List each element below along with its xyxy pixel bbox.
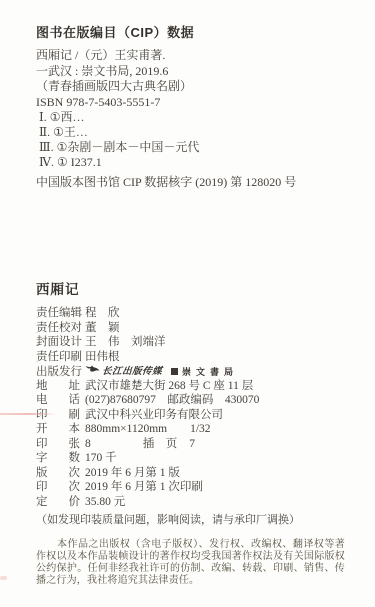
publisher-logo: 长江出版传媒 崇文書局 — [85, 364, 238, 380]
classification-line: Ⅳ. ① I237.1 — [39, 155, 345, 170]
staff-row: 责任编辑 程 欣 — [36, 306, 345, 321]
changjiang-group-logotype: 长江出版传媒 — [101, 365, 163, 380]
row-label: 电 话 — [36, 393, 80, 408]
row-value: 8 — [85, 437, 91, 452]
chongwen-seal-icon — [171, 368, 178, 375]
page-content: 图书在版编目（CIP）数据 西厢记 /（元）王实甫著. 一武汉 : 崇文书局, … — [36, 26, 345, 587]
chongwen-imprint-logotype: 崇文書局 — [182, 365, 238, 380]
cip-line: 一武汉 : 崇文书局, 2019.6 — [36, 64, 345, 80]
cip-classification-block: Ⅰ. ①西… Ⅱ. ①王… Ⅲ. ①杂剧－剧本－中国－元代 Ⅳ. ① I237.… — [36, 110, 345, 170]
row-value: 武汉中科兴业印务有限公司 — [85, 408, 223, 423]
row-value: 王 伟 刘端洋 — [85, 335, 166, 350]
detail-row: 定 价 35.80 元 — [36, 495, 345, 510]
quality-note: （如发现印装质量问题，影响阅读，请与承印厂调换） — [36, 514, 345, 526]
cip-line: 西厢记 /（元）王实甫著. — [36, 48, 345, 64]
cip-record-number: 中国版本图书馆 CIP 数据核字 (2019) 第 128020 号 — [36, 174, 345, 190]
row-label: 定 价 — [36, 495, 80, 510]
cip-page: 图书在版编目（CIP）数据 西厢记 /（元）王实甫著. 一武汉 : 崇文书局, … — [0, 0, 375, 607]
row-label: 字 数 — [36, 451, 80, 466]
detail-row: 印 次 2019 年 6 月第 1 次印刷 — [36, 480, 345, 495]
classification-line: Ⅱ. ①王… — [39, 125, 345, 140]
row-label: 责任校对 — [36, 321, 80, 336]
row-value: 武汉市雄楚大街 268 号 C 座 11 层 — [85, 379, 253, 394]
insert-pages-label: 插 页 — [143, 437, 178, 452]
publisher-row: 出版发行 长江出版传媒 崇文書局 — [36, 364, 345, 379]
detail-row: 电 话 (027)87680797 邮政编码 430070 — [36, 393, 345, 408]
row-value: 35.80 元 — [85, 495, 125, 510]
row-label: 印 张 — [36, 437, 80, 452]
staff-row: 责任印刷 田伟根 — [36, 350, 345, 365]
cip-line-isbn: ISBN 978-7-5403-5551-7 — [36, 95, 345, 111]
row-value: 田伟根 — [85, 350, 120, 365]
row-value: (027)87680797 邮政编码 430070 — [85, 393, 259, 408]
detail-row: 地 址 武汉市雄楚大街 268 号 C 座 11 层 — [36, 379, 345, 394]
row-value: 880mm×1120mm 1/32 — [85, 422, 211, 437]
sheets-row: 印 张 8 插 页 7 — [36, 437, 345, 452]
row-label: 责任印刷 — [36, 350, 80, 365]
copyright-notice: 本作品之出版权（含电子版权）、发行权、改编权、翻译权等著作权以及本作品装帧设计的… — [36, 539, 345, 587]
colophon-rows: 责任编辑 程 欣 责任校对 董 颖 封面设计 王 伟 刘端洋 责任印刷 田伟根 … — [36, 306, 345, 509]
cip-description-block: 西厢记 /（元）王实甫著. 一武汉 : 崇文书局, 2019.6 （青春插画版四… — [36, 48, 345, 110]
row-value: 董 颖 — [85, 321, 120, 336]
detail-row: 印 刷 武汉中科兴业印务有限公司 — [36, 408, 345, 423]
row-value: 2019 年 6 月第 1 版 — [85, 466, 180, 481]
detail-row: 版 次 2019 年 6 月第 1 版 — [36, 466, 345, 481]
row-label: 印 刷 — [36, 408, 80, 423]
cip-line: （青春插画版四大古典名剧） — [36, 79, 345, 95]
classification-line: Ⅲ. ①杂剧－剧本－中国－元代 — [39, 140, 345, 155]
row-label: 开 本 — [36, 422, 80, 437]
changjiang-swoosh-icon — [85, 364, 100, 380]
cip-header: 图书在版编目（CIP）数据 — [36, 26, 345, 40]
row-label: 印 次 — [36, 480, 80, 495]
row-value: 程 欣 — [85, 306, 120, 321]
pink-smudge-mark — [0, 576, 7, 580]
row-label: 责任编辑 — [36, 306, 80, 321]
row-label: 出版发行 — [36, 365, 80, 380]
row-label: 版 次 — [36, 466, 80, 481]
row-value: 170 千 — [85, 451, 117, 466]
staff-row: 责任校对 董 颖 — [36, 321, 345, 336]
book-title: 西厢记 — [36, 283, 345, 297]
detail-row: 字 数 170 千 — [36, 451, 345, 466]
row-label: 地 址 — [36, 379, 80, 394]
staff-row: 封面设计 王 伟 刘端洋 — [36, 335, 345, 350]
insert-pages-value: 7 — [189, 437, 195, 452]
detail-row: 开 本 880mm×1120mm 1/32 — [36, 422, 345, 437]
classification-line: Ⅰ. ①西… — [39, 110, 345, 125]
row-value: 2019 年 6 月第 1 次印刷 — [85, 480, 203, 495]
row-label: 封面设计 — [36, 335, 80, 350]
